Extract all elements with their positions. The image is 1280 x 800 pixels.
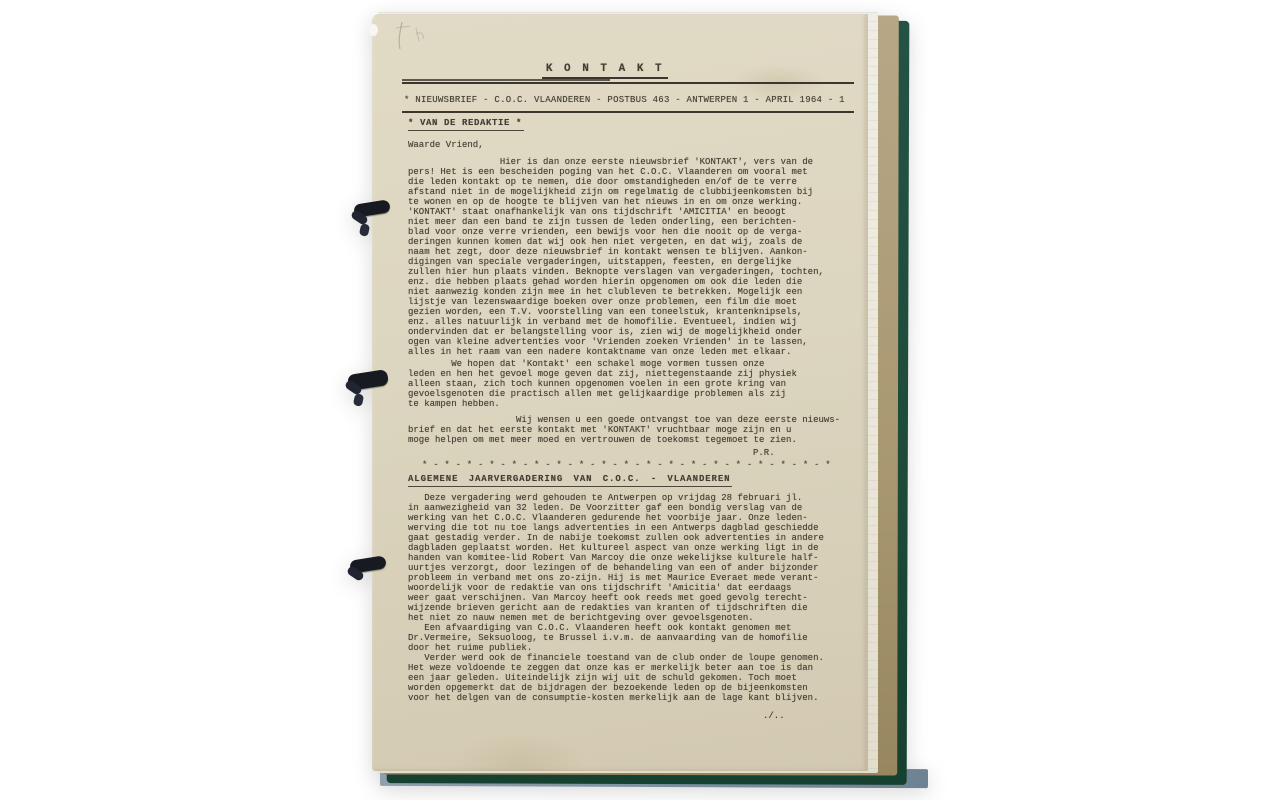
masthead-rule-box: * NIEUWSBRIEF - C.O.C. VLAANDEREN - POST… <box>402 82 854 113</box>
title-row: K O N T A K T <box>372 58 838 79</box>
paper-damage-chip <box>369 24 378 36</box>
scanned-newsletter-photo: K O N T A K T * NIEUWSBRIEF - C.O.C. VLA… <box>0 0 1280 800</box>
section-heading-redaktie: * VAN DE REDAKTIE * <box>408 117 524 131</box>
redaktie-paragraph-3: Wij wensen u een goede ontvangst toe van… <box>408 415 856 445</box>
jaarvergadering-paragraph-3: Verder werd ook de financiele toestand v… <box>408 653 856 703</box>
salutation: Waarde Vriend, <box>408 140 856 150</box>
jaarvergadering-paragraph-2: Een afvaardiging van C.O.C. Vlaanderen h… <box>408 623 856 653</box>
pencil-marks <box>386 16 446 62</box>
signature-initials: P.R. <box>753 448 856 458</box>
redaktie-paragraph-1: Hier is dan onze eerste nieuwsbrief 'KON… <box>408 157 856 357</box>
newsletter-title: K O N T A K T <box>542 63 668 79</box>
continuation-mark: ./.. <box>763 711 856 721</box>
newsletter-page: K O N T A K T * NIEUWSBRIEF - C.O.C. VLA… <box>372 14 868 771</box>
photo-background: K O N T A K T * NIEUWSBRIEF - C.O.C. VLA… <box>0 0 1280 800</box>
masthead-text: * NIEUWSBRIEF - C.O.C. VLAANDEREN - POST… <box>404 95 845 105</box>
heading-row: * VAN DE REDAKTIE * <box>408 117 856 131</box>
section-heading-jaarvergadering: ALGEMENE JAARVERGADERING VAN C.O.C. - VL… <box>408 473 732 487</box>
heading-row: ALGEMENE JAARVERGADERING VAN C.O.C. - VL… <box>408 473 856 487</box>
redaktie-paragraph-2: We hopen dat 'Kontakt' een schakel moge … <box>408 359 856 409</box>
jaarvergadering-paragraph-1: Deze vergadering werd gehouden te Antwer… <box>408 493 856 623</box>
section-divider: * - * - * - * - * - * - * - * - * - * - … <box>422 460 856 470</box>
typewritten-content: * VAN DE REDAKTIE * Waarde Vriend, Hier … <box>408 117 856 721</box>
